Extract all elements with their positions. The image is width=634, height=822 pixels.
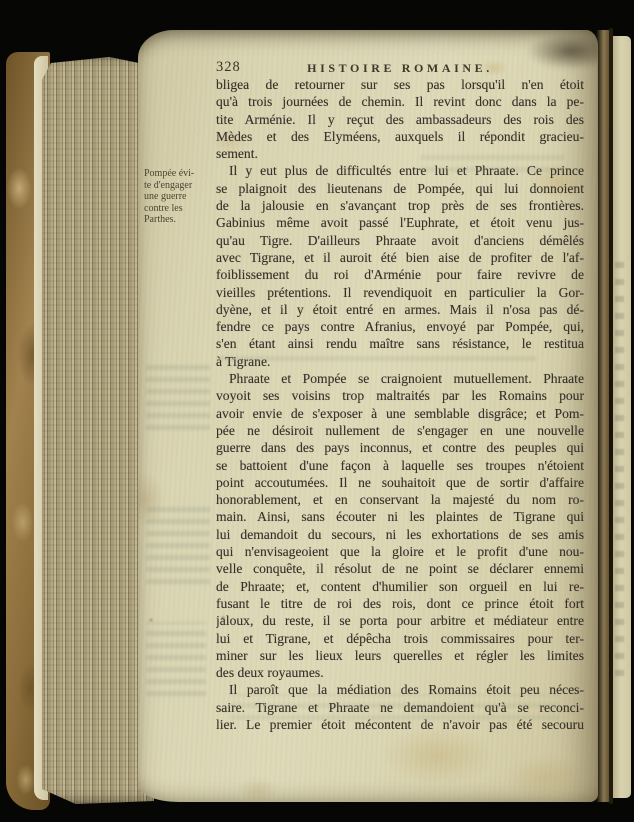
text-line: vieilles prétentions. Il revendiquoit en… [216, 284, 584, 301]
text-line: Il paroît que la médiation des Romains é… [216, 681, 584, 698]
text-line: avoir envie de s'exposer à une semblable… [216, 405, 584, 422]
show-through-text [146, 364, 210, 430]
show-through-text [146, 502, 210, 584]
text-line: main. Ainsi, sans écouter ni les plainte… [216, 508, 584, 525]
text-line: tite Arménie. Il y reçut des ambassadeur… [216, 111, 584, 128]
text-line: Il y eut plus de difficultés entre lui e… [216, 162, 584, 179]
text-line: de Phraate; et, content d'humilier son o… [216, 578, 584, 595]
text-line: fendre ce pays contre Afranius, envoyé p… [216, 318, 584, 335]
book-photo: 328 HISTOIRE ROMAINE. Pompée évi-te d'en… [0, 0, 634, 822]
text-line: avec Tigrane, et il auroit été bien aise… [216, 249, 584, 266]
text-line: sement. [216, 145, 584, 162]
text-line: lier. Le premier étoit mécontent de n'av… [216, 716, 584, 733]
margin-note: Pompée évi-te d'engagerune guerrecontre … [144, 168, 214, 226]
margin-note-line: contre les [144, 203, 214, 215]
text-line: honorablement, et en conservant la majes… [216, 491, 584, 508]
text-line: voyoit ses voisins trop maltraités par l… [216, 387, 584, 404]
text-line: se plaignoit des lieutenans de Pompée, q… [216, 180, 584, 197]
paragraph: bligea de retourner sur ses pas lorsqu'i… [216, 76, 584, 162]
text-line: lui et Tigrane, et dépêcha trois commiss… [216, 630, 584, 647]
text-line: jaloux, du reste, il se porta pour arbit… [216, 612, 584, 629]
text-line: se battoient d'une façon à laquelle ses … [216, 457, 584, 474]
margin-note-line: une guerre [144, 191, 214, 203]
margin-note-line: Pompée évi- [144, 168, 214, 180]
text-line: fusant le titre de roi des rois, dont ce… [216, 595, 584, 612]
text-line: point accoutumées. Il ne souhaitoit que … [216, 474, 584, 491]
paragraph: Il y eut plus de difficultés entre lui e… [216, 162, 584, 370]
facing-page-text-marks [615, 256, 624, 676]
margin-note-line: te d'engager [144, 180, 214, 192]
text-line: saire. Tigrane et Phraate ne demandoient… [216, 699, 584, 716]
text-line: lui demandoit du secours, ni les exhorta… [216, 526, 584, 543]
text-line: bligea de retourner sur ses pas lorsqu'i… [216, 76, 584, 93]
text-block: bligea de retourner sur ses pas lorsqu'i… [216, 76, 584, 733]
text-line: miner sur les lieux leurs querelles et r… [216, 647, 584, 664]
text-line: velle conquête, il résolut de ne point s… [216, 560, 584, 577]
text-line: Mèdes et des Elyméens, auxquels il répon… [216, 128, 584, 145]
show-through-text [146, 622, 206, 696]
paragraph: Phraate et Pompée se craignoient mutuell… [216, 370, 584, 681]
text-line: guerre dans des pays inconnus, et contre… [216, 439, 584, 456]
text-line: qui n'envisageoient que la gloire et le … [216, 543, 584, 560]
text-line: pée ne désiroit nullement de s'engager e… [216, 422, 584, 439]
gutter-shade [596, 30, 610, 802]
text-line: dyène, et il y étoit entré en armes. Mai… [216, 301, 584, 318]
text-line: foiblissement du roi d'Arménie pour fair… [216, 266, 584, 283]
text-line: s'en étant ainsi rendu maître sans résis… [216, 335, 584, 352]
running-title: HISTOIRE ROMAINE. [216, 61, 584, 76]
text-line: qu'à trois journées de chemin. Il revint… [216, 93, 584, 110]
text-line: qu'au Tigre. D'ailleurs Phraate avoit d'… [216, 232, 584, 249]
text-line: des deux royaumes. [216, 664, 584, 681]
text-line: Gabinius même avoit passé l'Euphrate, et… [216, 214, 584, 231]
page-header: 328 HISTOIRE ROMAINE. [216, 58, 584, 78]
book-page: 328 HISTOIRE ROMAINE. Pompée évi-te d'en… [138, 30, 598, 802]
text-line: de la jalousie en s'avançant trop près d… [216, 197, 584, 214]
paragraph: Il paroît que la médiation des Romains é… [216, 681, 584, 733]
margin-note-line: Parthes. [144, 214, 214, 226]
facing-page-sliver [613, 36, 631, 798]
text-line: à Tigrane. [216, 353, 584, 370]
text-line: Phraate et Pompée se craignoient mutuell… [216, 370, 584, 387]
